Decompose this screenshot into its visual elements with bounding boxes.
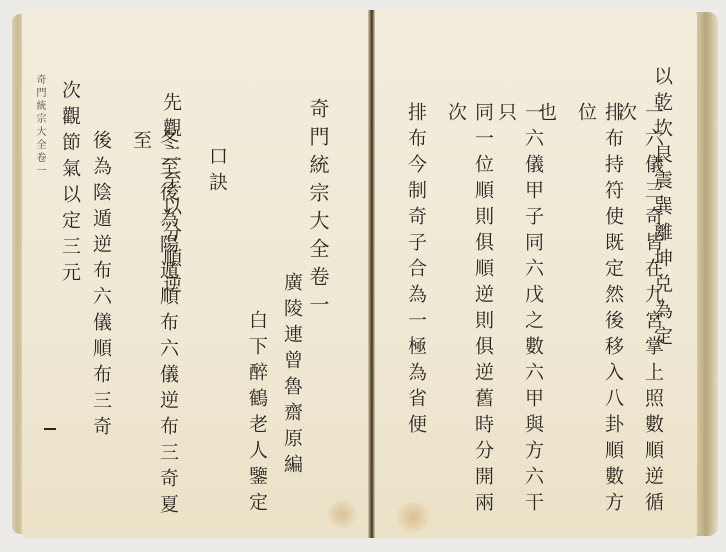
editor-credit: 白下醉鶴老人鑒定 — [244, 310, 271, 518]
book-title: 奇門統宗大全卷一 — [304, 98, 333, 322]
text-column-3: 後為陰遁逆布六儀順布三奇 — [88, 130, 115, 442]
compiler-credit: 廣陵連曾魯齋原編 — [279, 272, 306, 480]
left-page: 奇門統宗大全卷一 一 次觀節氣以定三元 後為陰遁逆布六儀順布三奇 冬至後為陽遁順… — [22, 10, 369, 538]
text-column-4: 也 — [533, 102, 560, 128]
text-column-1: 先觀二至以分順逆 — [158, 92, 185, 300]
page-number-mark: 一 — [44, 428, 56, 430]
margin-title: 奇門統宗大全卷一 — [32, 74, 47, 178]
right-page: 排布今制奇子合為一極為省便 同一位順則俱順逆則俱逆舊時分開兩次 一六儀甲子同六戊… — [375, 10, 697, 538]
water-stain — [327, 500, 357, 528]
text-column-1: 以乾坎艮震巽離坤兑為定 — [649, 66, 676, 352]
section-heading: 口訣 — [204, 146, 231, 198]
water-stain — [395, 502, 431, 532]
book-edge-right — [696, 12, 718, 536]
text-column-5: 一六儀甲子同六戊之數六甲與方六干只 — [493, 102, 547, 538]
text-column-7: 排布今制奇子合為一極為省便 — [403, 102, 430, 440]
text-column-4: 次觀節氣以定三元 — [57, 80, 84, 288]
book-gutter — [368, 10, 375, 538]
open-book: 奇門統宗大全卷一 一 次觀節氣以定三元 後為陰遁逆布六儀順布三奇 冬至後為陽遁順… — [12, 10, 718, 543]
text-column-6: 同一位順則俱順逆則俱逆舊時分開兩次 — [443, 102, 497, 538]
